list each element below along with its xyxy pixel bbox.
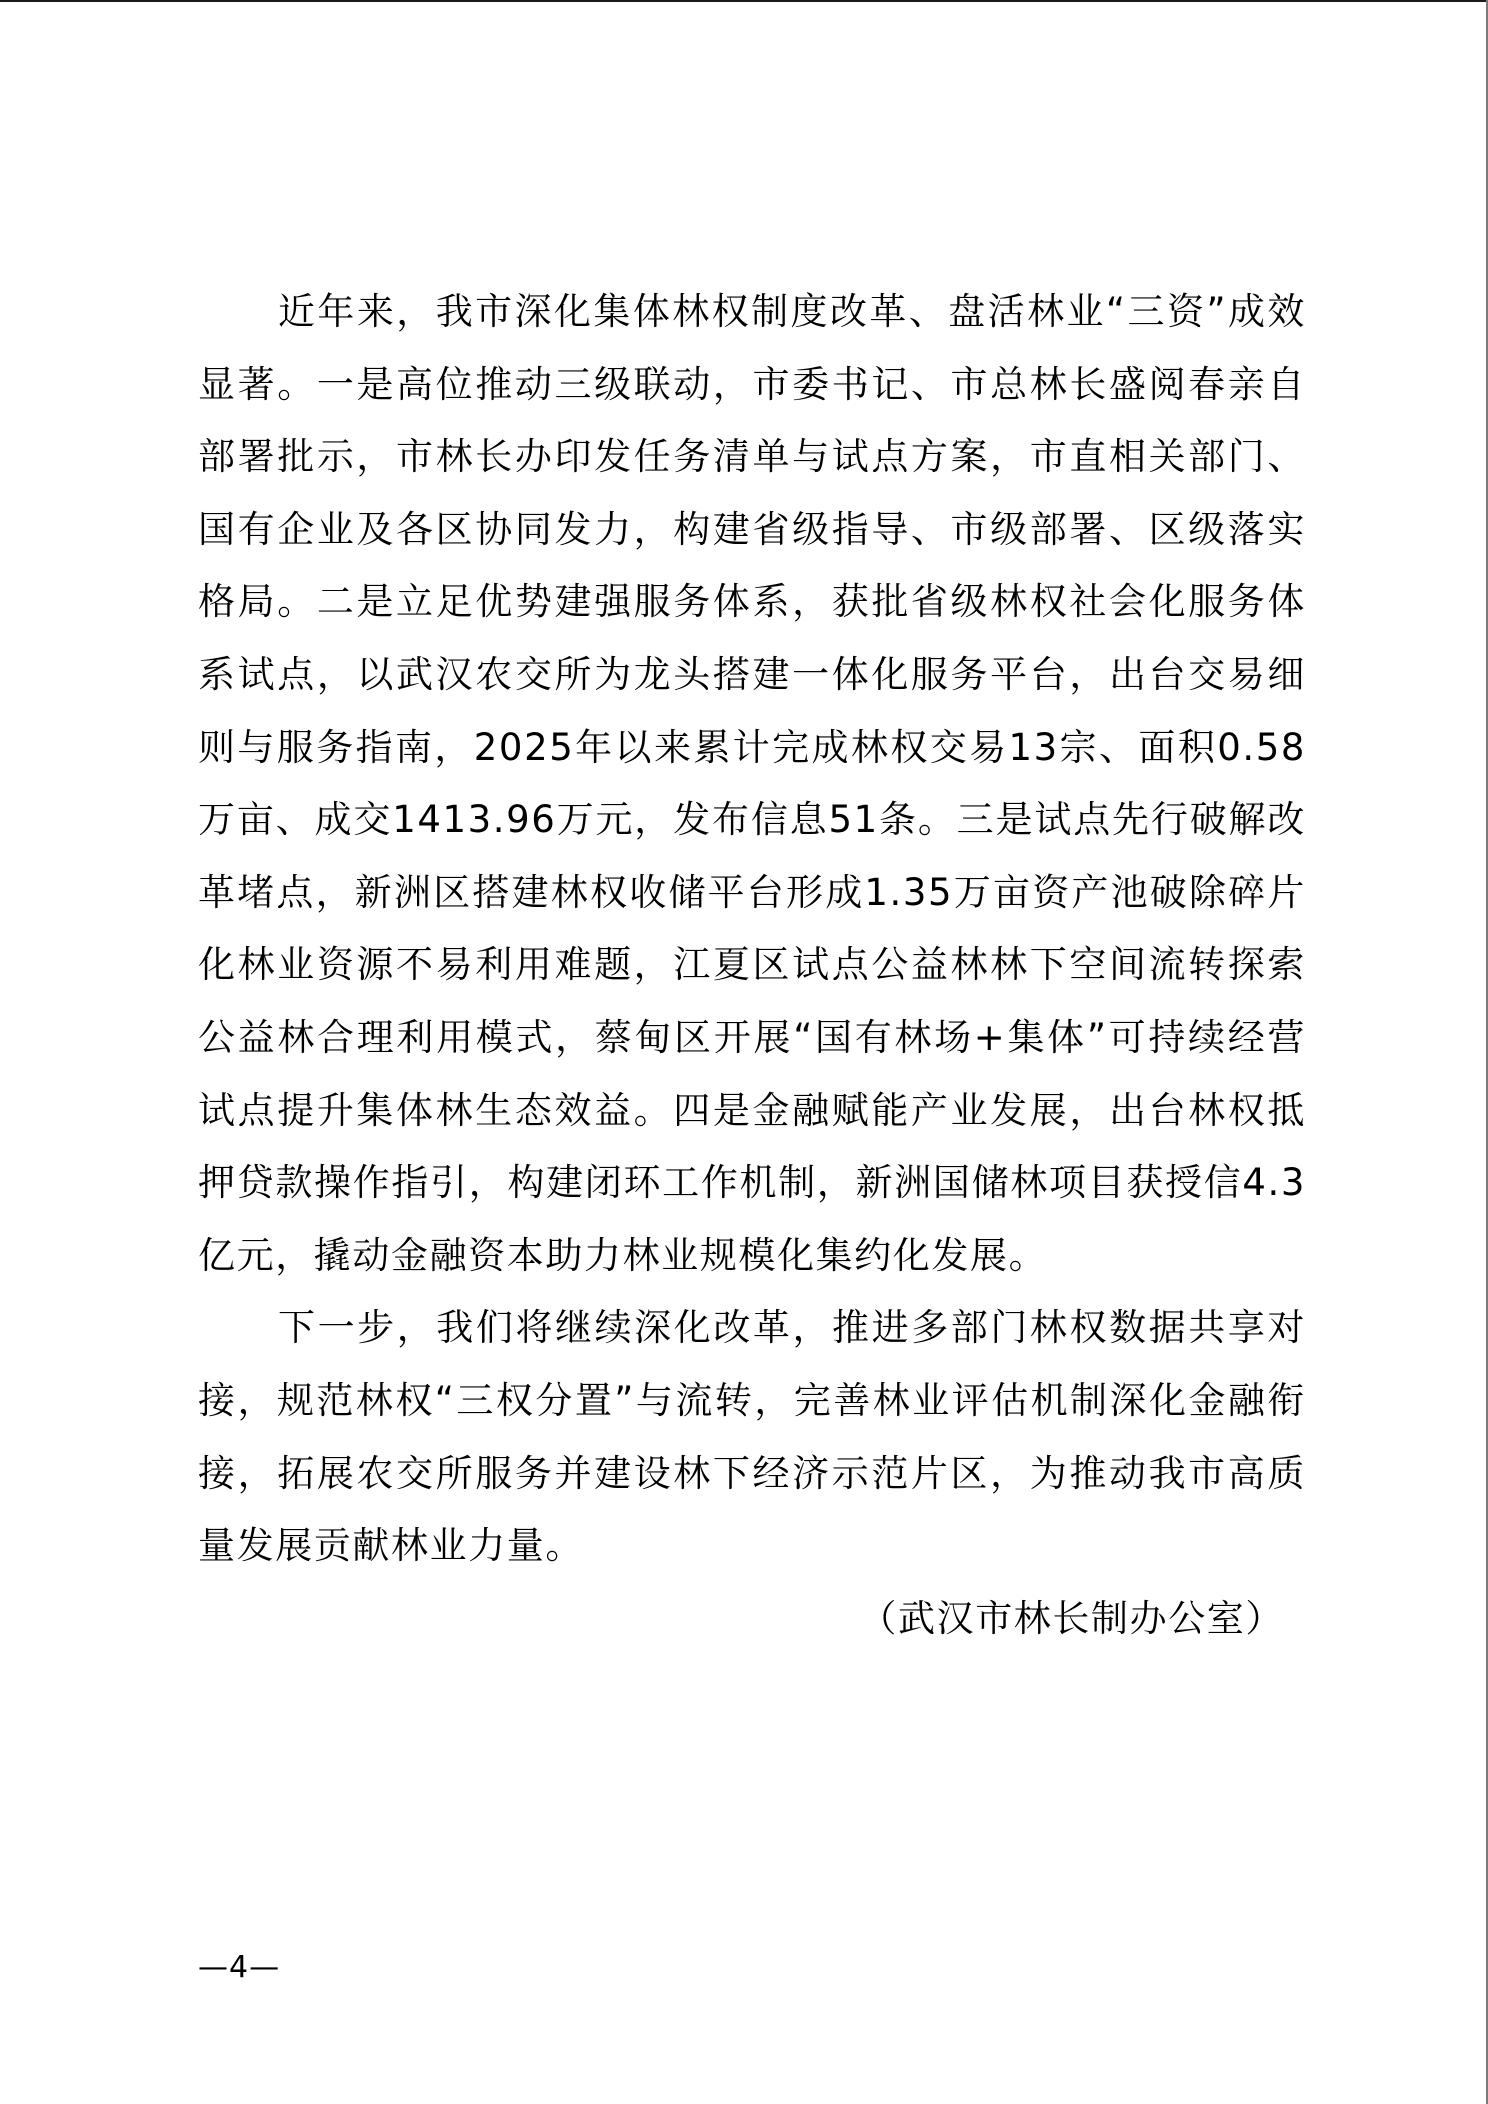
signature: （武汉市林长制办公室） (198, 1583, 1306, 1656)
paragraph-achievements: 近年来，我市深化集体林权制度改革、盘活林业“三资”成效显著。一是高位推动三级联动… (198, 276, 1306, 1292)
page-top-border (0, 0, 1488, 2)
page-number: —4— (198, 1948, 280, 1988)
paragraph-next-steps: 下一步，我们将继续深化改革，推进多部门林权数据共享对接，规范林权“三权分置”与流… (198, 1292, 1306, 1582)
document-body: 近年来，我市深化集体林权制度改革、盘活林业“三资”成效显著。一是高位推动三级联动… (198, 276, 1306, 1655)
